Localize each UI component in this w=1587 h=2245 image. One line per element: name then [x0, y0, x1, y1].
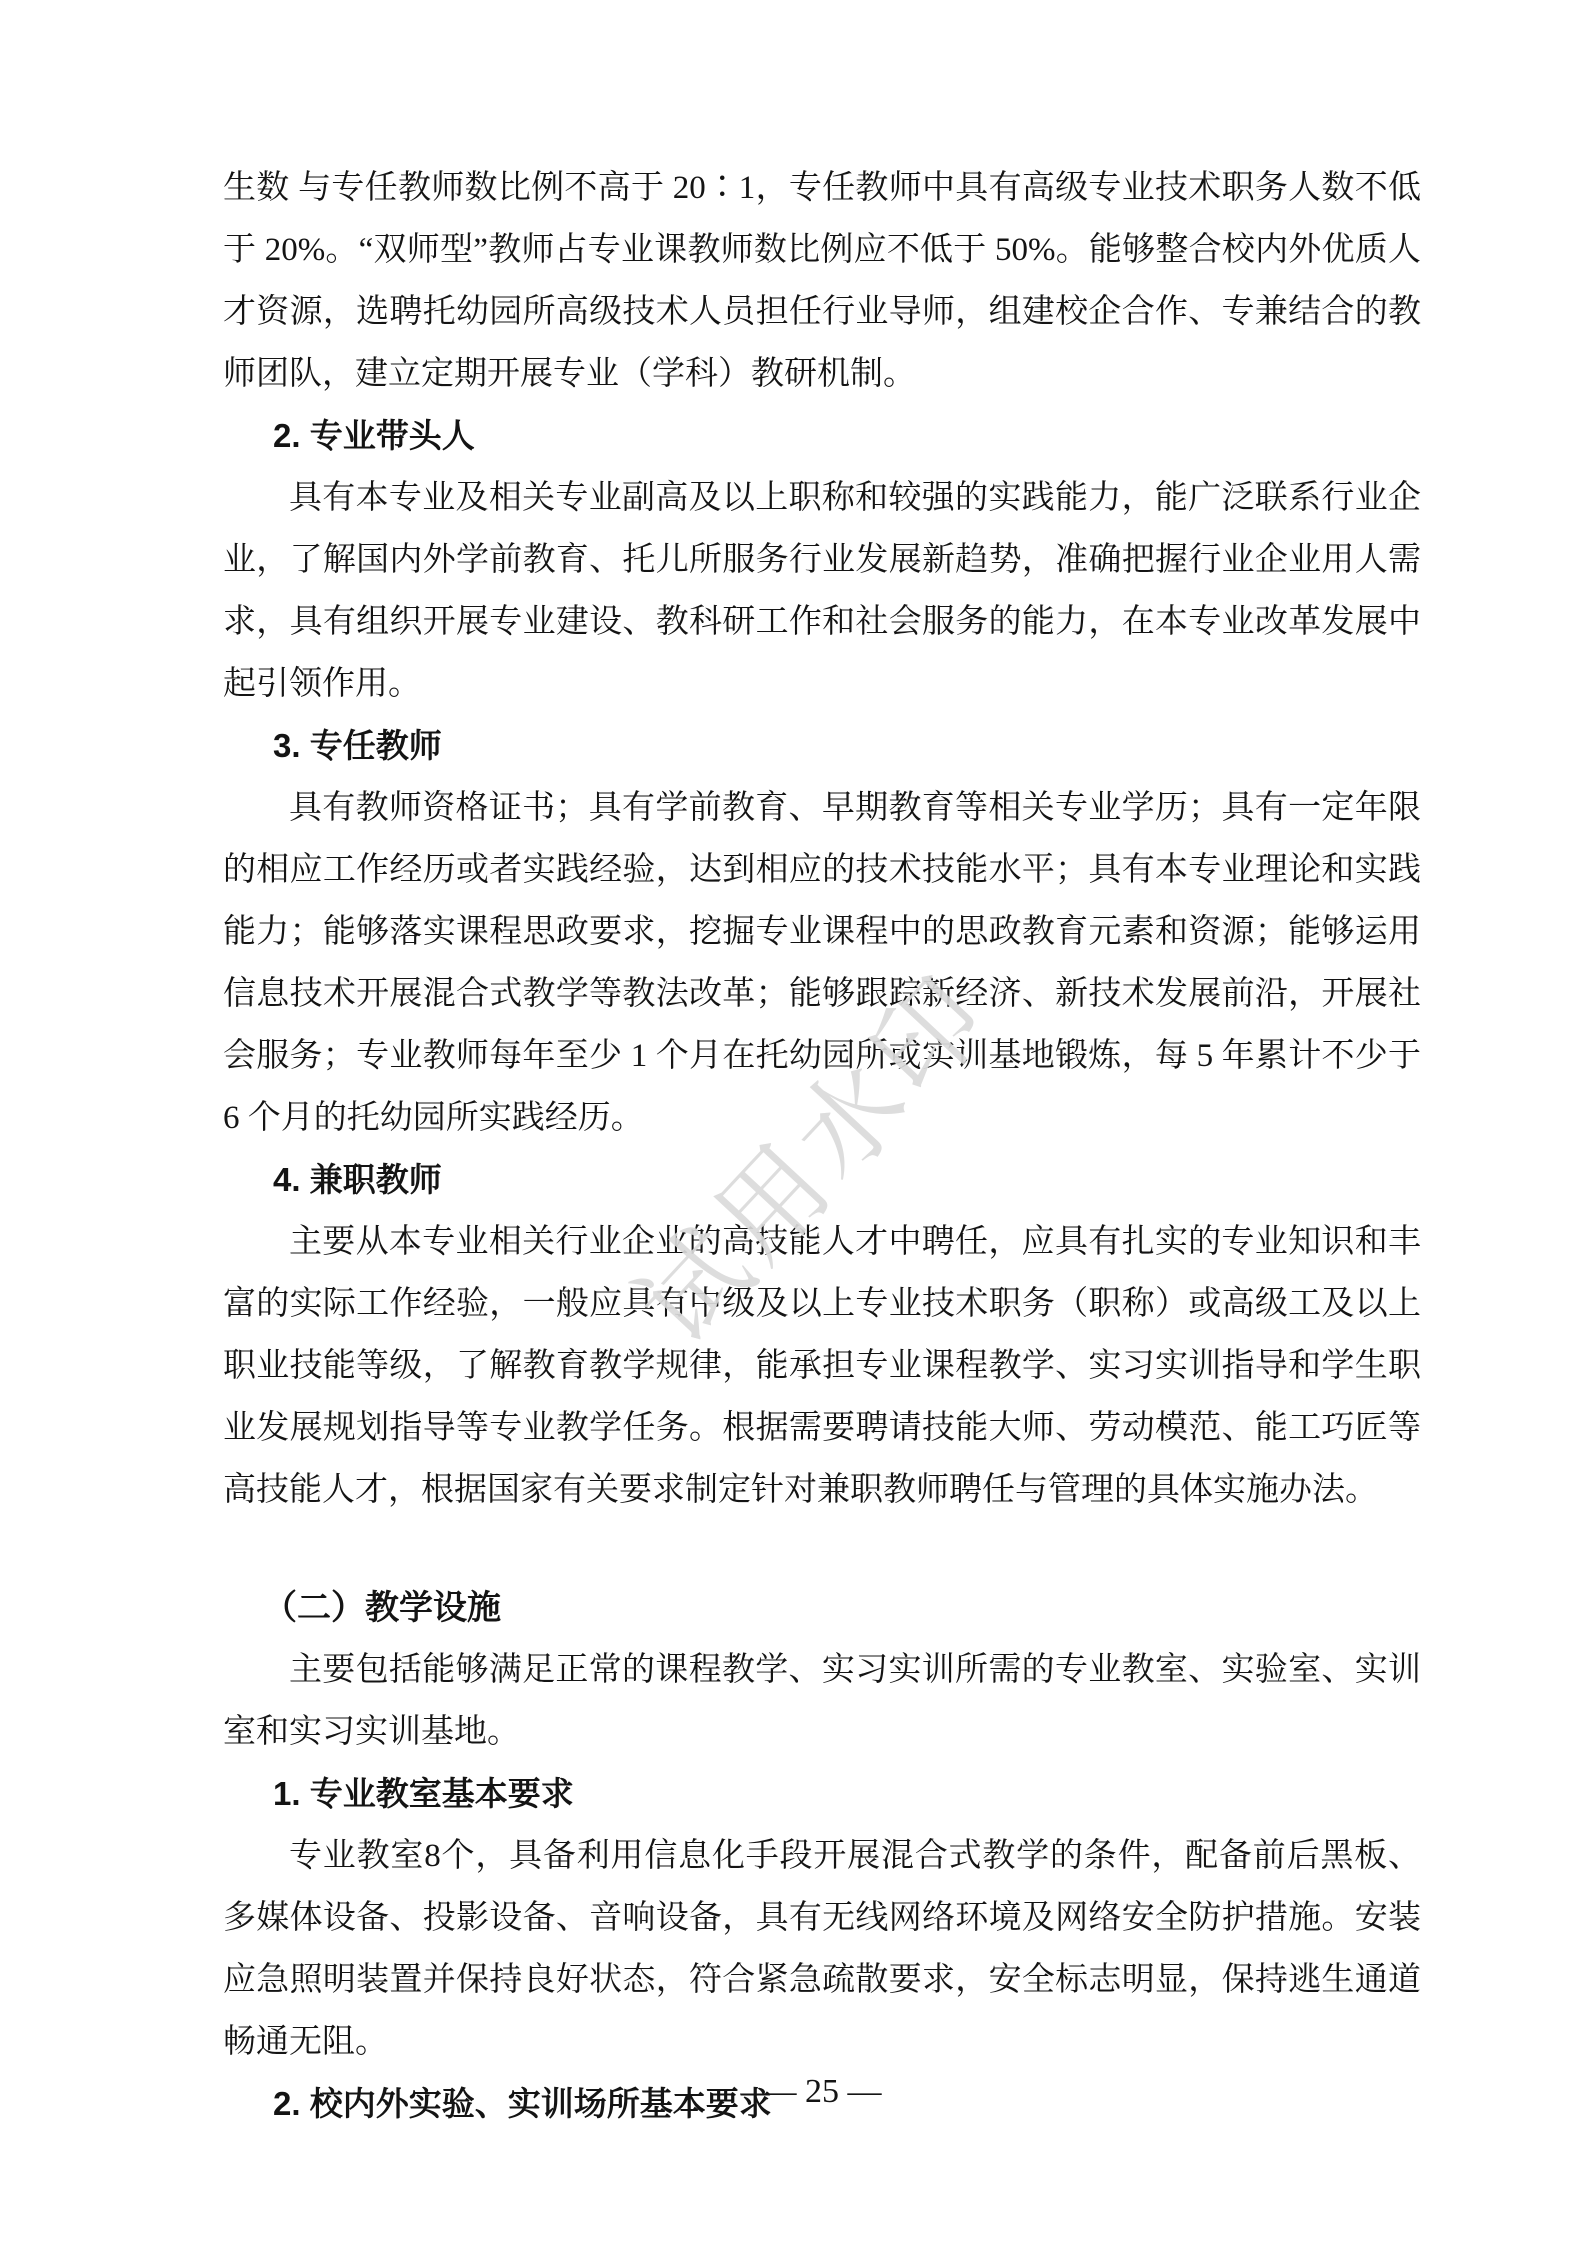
- page-number: — 25 —: [223, 2061, 1421, 2123]
- heading-fulltime-teachers: 3. 专任教师: [223, 715, 1421, 777]
- paragraph-fulltime-teachers: 具有教师资格证书；具有学前教育、早期教育等相关专业学历；具有一定年限的相应工作经…: [223, 777, 1421, 1149]
- document-body: 生数 与专任教师数比例不高于 20∶1，专任教师中具有高级专业技术职务人数不低于…: [223, 157, 1421, 2135]
- paragraph-classroom-requirements: 专业教室8个，具备利用信息化手段开展混合式教学的条件，配备前后黑板、多媒体设备、…: [223, 1825, 1421, 2073]
- paragraph-parttime-teachers: 主要从本专业相关行业企业的高技能人才中聘任，应具有扎实的专业知识和丰富的实际工作…: [223, 1211, 1421, 1521]
- heading-professional-leader: 2. 专业带头人: [223, 405, 1421, 467]
- section-heading-teaching-facilities: （二）教学设施: [223, 1577, 1421, 1639]
- heading-parttime-teachers: 4. 兼职教师: [223, 1149, 1421, 1211]
- document-page: 生数 与专任教师数比例不高于 20∶1，专任教师中具有高级专业技术职务人数不低于…: [0, 0, 1587, 2245]
- paragraph-teacher-ratio-continuation: 生数 与专任教师数比例不高于 20∶1，专任教师中具有高级专业技术职务人数不低于…: [223, 157, 1421, 405]
- heading-classroom-requirements: 1. 专业教室基本要求: [223, 1763, 1421, 1825]
- paragraph-professional-leader: 具有本专业及相关专业副高及以上职称和较强的实践能力，能广泛联系行业企业，了解国内…: [223, 467, 1421, 715]
- paragraph-teaching-facilities-intro: 主要包括能够满足正常的课程教学、实习实训所需的专业教室、实验室、实训室和实习实训…: [223, 1639, 1421, 1763]
